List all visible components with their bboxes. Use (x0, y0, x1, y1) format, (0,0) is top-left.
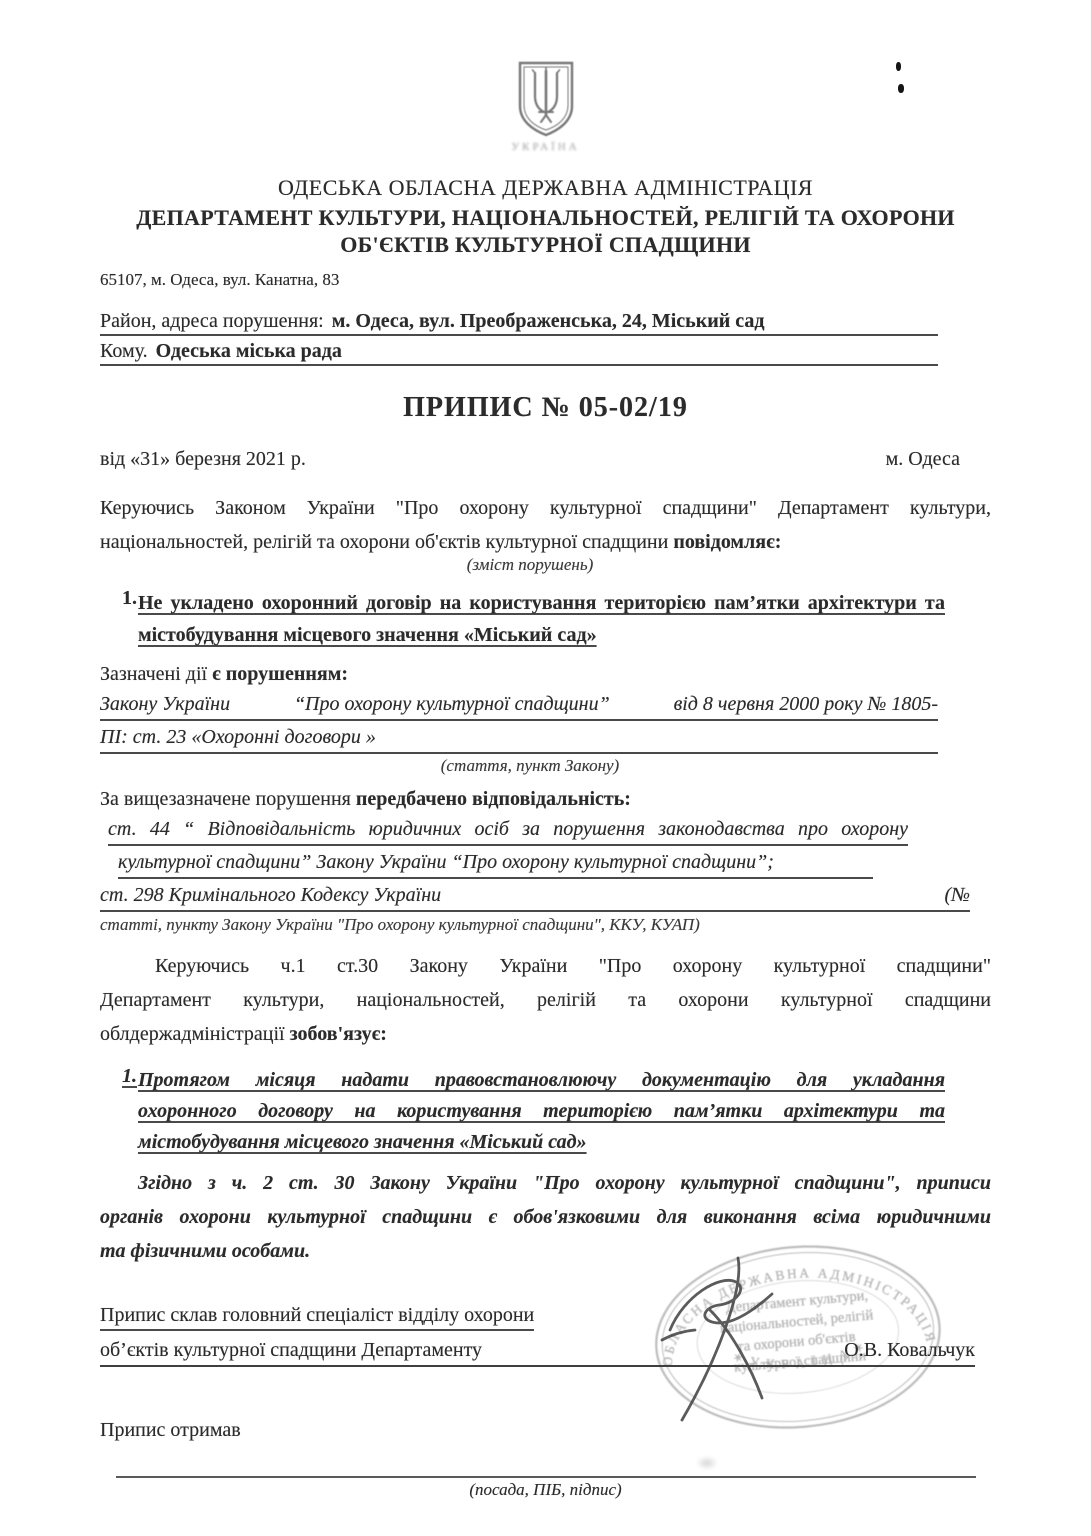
law-line2: ПІ: ст. 23 «Охоронні договори » (100, 724, 938, 754)
law-line1: Закону України “Про охорону культурної с… (100, 691, 938, 721)
org-name-line3: ОБ'ЄКТІВ КУЛЬТУРНОЇ СПАДЩИНИ (100, 231, 991, 258)
qualification-lead: Зазначені дії є порушенням: (100, 661, 991, 687)
scan-artifact-dot (896, 62, 901, 71)
letterhead-emblem: УКРАЇНА (100, 60, 991, 153)
law-reference: Закону України “Про охорону культурної с… (100, 691, 991, 754)
handwritten-signature (640, 1230, 800, 1445)
liability-line2: культурної спадщини” Закону України “Про… (118, 849, 873, 879)
signature-block: ОБЛАСНА ДЕРЖАВНА АДМІНІСТРАЦІЯ ✶ У К Р А… (100, 1302, 991, 1442)
footer-caption: (посада, ПІБ, підпис) (100, 1480, 991, 1500)
emblem-caption: УКРАЇНА (100, 141, 991, 153)
liability-line3: ст. 298 Кримінального Кодексу України (№ (100, 882, 970, 912)
violation-item: 1. Не укладено охоронний договір на кори… (100, 587, 945, 651)
liability-caption: статті, пункту Закону України "Про охоро… (100, 915, 991, 935)
district-label: Район, адреса порушення: (100, 310, 324, 333)
addressee-label: Кому. (100, 340, 148, 363)
liability-line1: ст. 44 “ Відповідальність юридичних осіб… (108, 816, 908, 846)
footer-rule (116, 1476, 976, 1478)
date-line: від «31» березня 2021 р. м. Одеса (100, 448, 960, 471)
signoff-line2: об’єктів культурної спадщини Департамент… (100, 1337, 482, 1363)
document-title: ПРИПИС № 05-02/19 (100, 392, 991, 424)
intro-line1: Керуючись Законом України "Про охорону к… (100, 491, 991, 525)
scan-artifact-dot (898, 84, 904, 93)
ukraine-trident-icon (514, 60, 578, 138)
issue-city: м. Одеса (886, 448, 960, 471)
obligation-paragraph: Керуючись ч.1 ст.30 Закону України "Про … (100, 949, 991, 1051)
addressee-value: Одеська міська рада (156, 340, 342, 363)
signer-name: О.В. Ковальчук (844, 1337, 975, 1363)
signoff-line1: Припис склав головний спеціаліст відділу… (100, 1302, 534, 1331)
order-number: 1. (100, 1065, 138, 1158)
violation-text: Не укладено охоронний договір на користу… (138, 587, 945, 651)
org-address: 65107, м. Одеса, вул. Канатна, 83 (100, 270, 991, 290)
addressee-line: Кому. Одеська міська рада (100, 340, 938, 366)
order-text: Протягом місяця надати правовстановлюючу… (138, 1065, 945, 1158)
law-caption: (стаття, пункт Закону) (100, 756, 960, 776)
order-item: 1. Протягом місяця надати правовстановлю… (100, 1065, 945, 1158)
signoff-line2-row: об’єктів культурної спадщини Департамент… (100, 1337, 975, 1367)
liability-lead: За вищезазначене порушення передбачено в… (100, 786, 991, 812)
violation-number: 1. (100, 587, 138, 651)
issue-date: від «31» березня 2021 р. (100, 448, 306, 471)
intro-paragraph: Керуючись Законом України "Про охорону к… (100, 491, 991, 559)
document-page: УКРАЇНА ОДЕСЬКА ОБЛАСНА ДЕРЖАВНА АДМІНІС… (100, 60, 991, 1500)
intro-line2: національностей, релігій та охорони об'є… (100, 525, 991, 559)
org-name-line1: ОДЕСЬКА ОБЛАСНА ДЕРЖАВНА АДМІНІСТРАЦІЯ (100, 175, 991, 201)
district-value: м. Одеса, вул. Преображенська, 24, Міськ… (332, 310, 765, 333)
org-name-line2: ДЕПАРТАМЕНТ КУЛЬТУРИ, НАЦІОНАЛЬНОСТЕЙ, Р… (100, 204, 991, 231)
district-line: Район, адреса порушення: м. Одеса, вул. … (100, 310, 938, 336)
